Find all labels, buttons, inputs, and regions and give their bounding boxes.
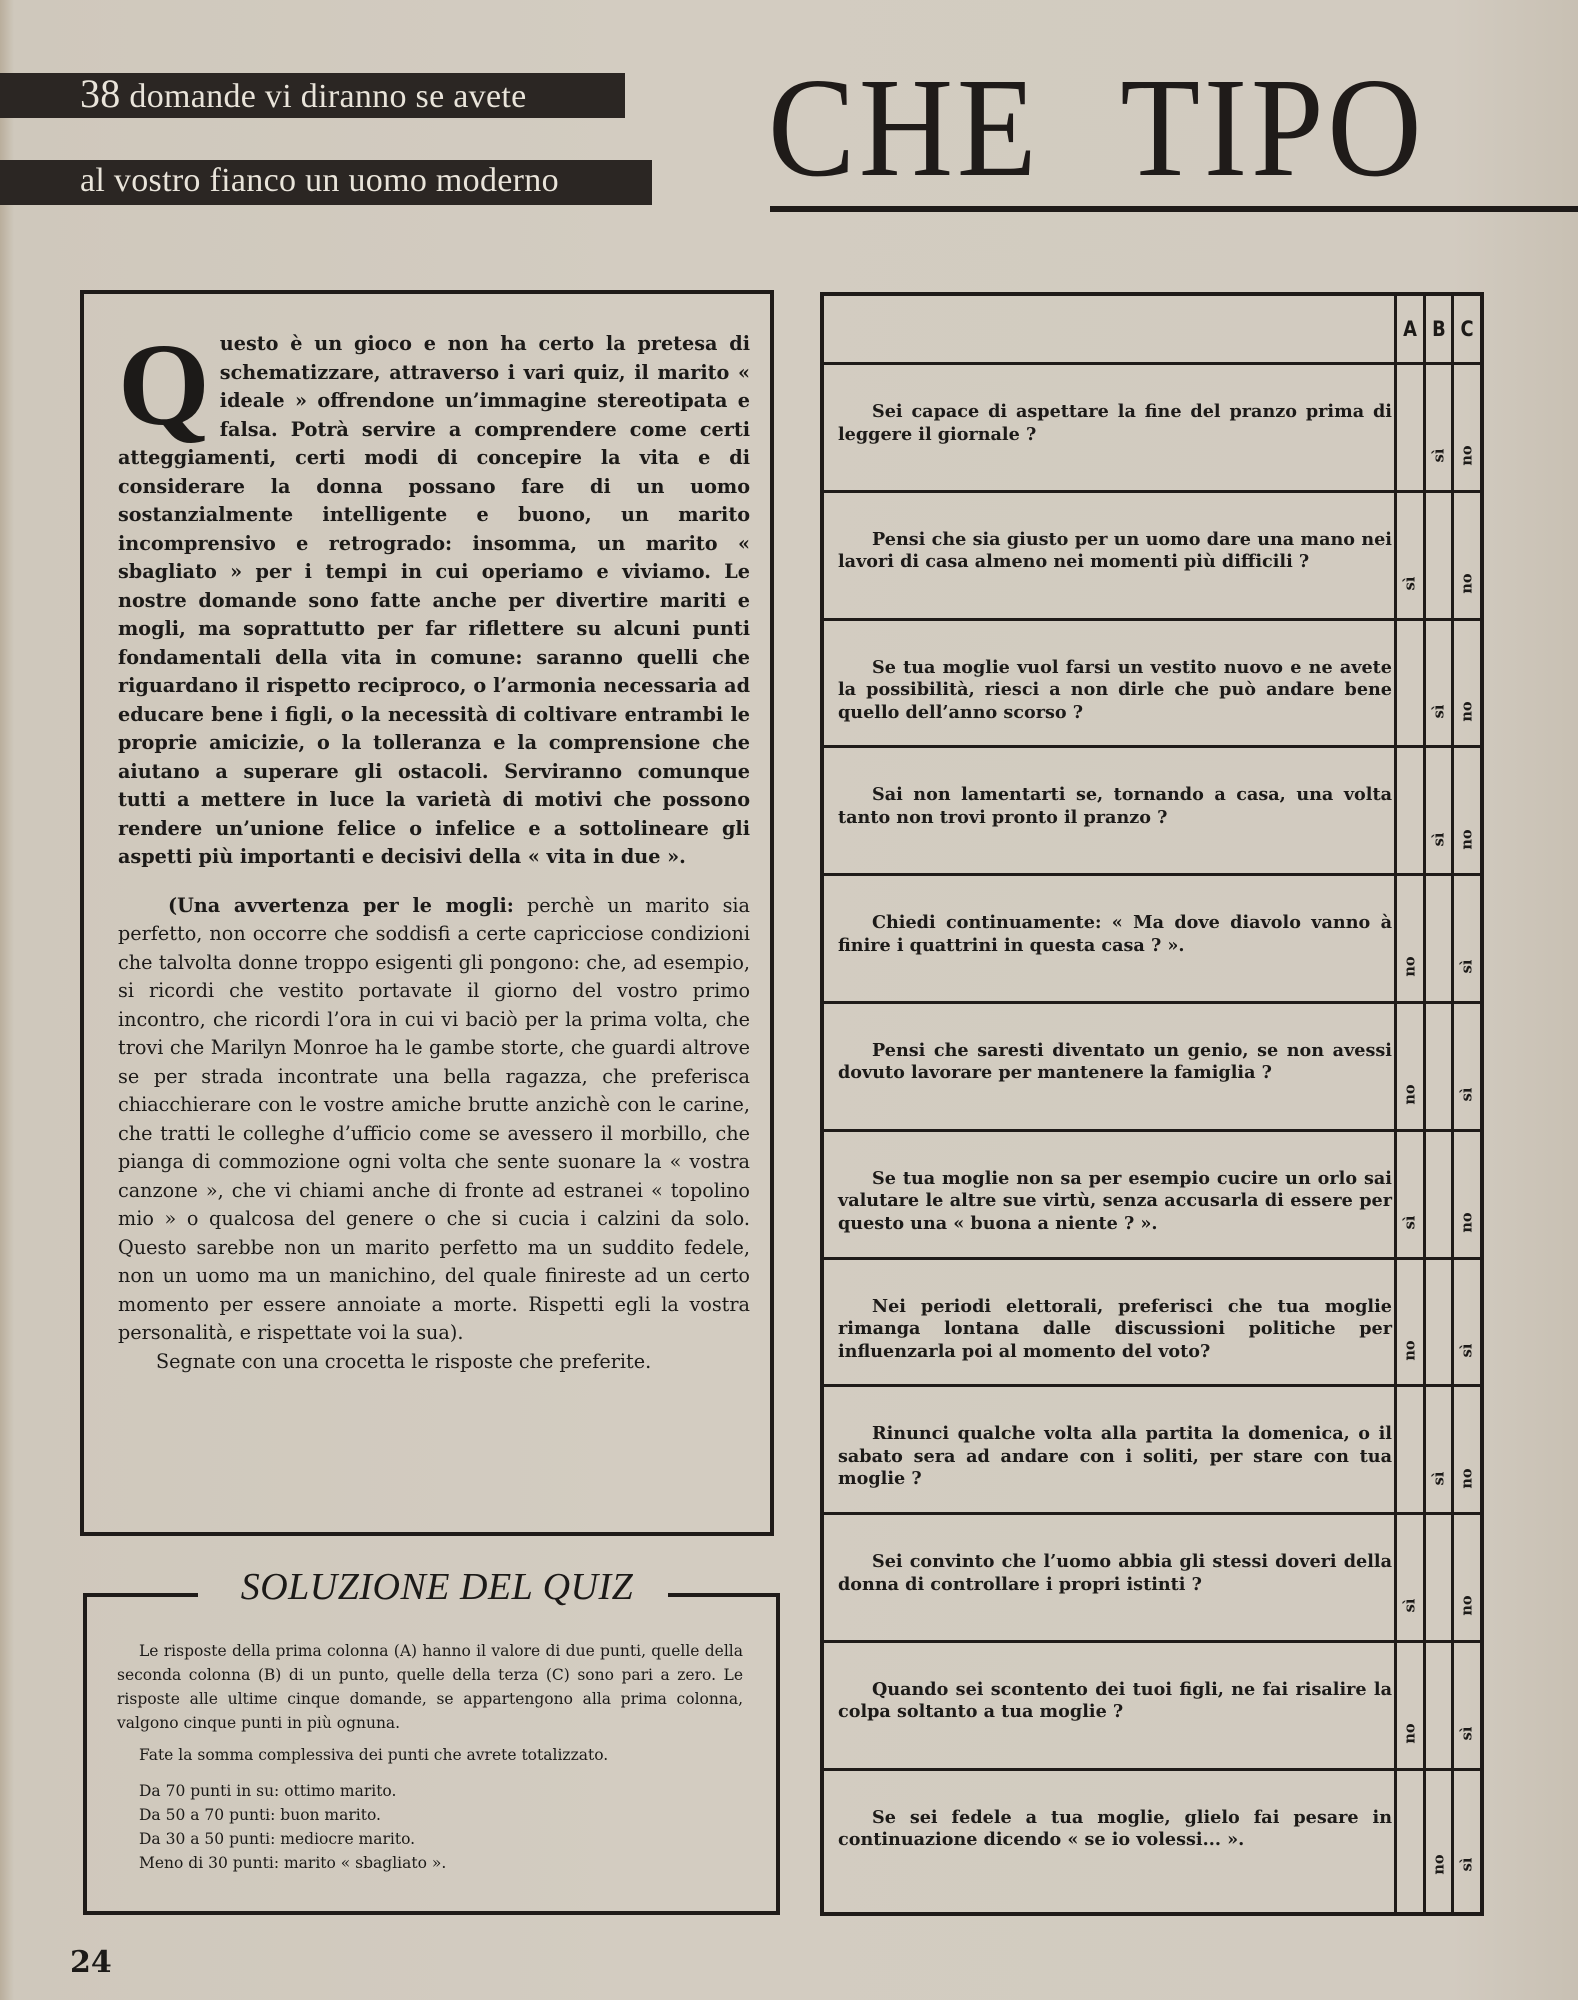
- question-text: Rinunci qualche volta alla partita la do…: [838, 1423, 1392, 1491]
- answer-cell-a[interactable]: sì: [1396, 564, 1424, 604]
- answer-cell-a[interactable]: no: [1396, 1714, 1424, 1754]
- warning-lead: (Una avvertenza per le mogli:: [168, 894, 514, 917]
- answer-label: no: [1459, 1596, 1476, 1616]
- answer-label: sì: [1430, 1471, 1447, 1485]
- quiz-question-row: Se tua moglie non sa per esempio cucire …: [824, 1132, 1480, 1260]
- column-header-b: B: [1427, 296, 1451, 362]
- answer-cell-a[interactable]: no: [1396, 947, 1424, 987]
- subtitle-banner-line-1: 38 domande vi diranno se avete: [0, 73, 625, 118]
- solution-box: SOLUZIONE DEL QUIZ Le risposte della pri…: [83, 1597, 780, 1915]
- intro-paragraph-2-text: perchè un marito sia perfetto, non occor…: [118, 894, 750, 1345]
- quiz-question-row: Sai non lamentarti se, tornando a casa, …: [824, 748, 1480, 876]
- answer-cell-a[interactable]: sì: [1396, 1203, 1424, 1243]
- answer-label: no: [1459, 701, 1476, 721]
- question-count: 38: [80, 71, 121, 116]
- quiz-question-row: Se tua moglie vuol farsi un vestito nuov…: [824, 621, 1480, 749]
- solution-sum-instruction: Fate la somma complessiva dei punti che …: [117, 1743, 743, 1767]
- answer-label: no: [1459, 446, 1476, 466]
- quiz-question-row: Quando sei scontento dei tuoi figli, ne …: [824, 1643, 1480, 1771]
- headline: CHE TIPO: [768, 52, 1425, 202]
- quiz-table: A B C Sei capace di aspettare la fine de…: [820, 292, 1484, 1916]
- answer-label: sì: [1458, 1088, 1475, 1102]
- page-number: 24: [70, 1946, 112, 1980]
- column-divider-c: [1451, 296, 1454, 1912]
- answer-cell-b[interactable]: [1425, 947, 1453, 987]
- question-text: Se tua moglie non sa per esempio cucire …: [838, 1168, 1392, 1236]
- answer-cell-a[interactable]: no: [1396, 1075, 1424, 1115]
- quiz-question-row: Chiedi continuamente: « Ma dove diavolo …: [824, 876, 1480, 1004]
- answer-cell-a[interactable]: [1396, 436, 1424, 476]
- answer-cell-c[interactable]: no: [1453, 564, 1481, 604]
- answer-label: sì: [1458, 1727, 1475, 1741]
- question-text: Sei capace di aspettare la fine del pran…: [838, 401, 1392, 446]
- answer-label: no: [1459, 829, 1476, 849]
- solution-title: SOLUZIONE DEL QUIZ: [227, 1565, 647, 1609]
- quiz-question-row: Sei capace di aspettare la fine del pran…: [824, 365, 1480, 493]
- score-ranges: Da 70 punti in su: ottimo marito. Da 50 …: [117, 1779, 743, 1875]
- question-text: Pensi che sia giusto per un uomo dare un…: [838, 529, 1392, 574]
- answer-cell-c[interactable]: no: [1453, 1203, 1481, 1243]
- answer-label: sì: [1458, 1344, 1475, 1358]
- answer-cell-b[interactable]: sì: [1425, 691, 1453, 731]
- answer-cell-a[interactable]: [1396, 1845, 1424, 1885]
- answer-cell-a[interactable]: [1396, 819, 1424, 859]
- answer-cell-b[interactable]: sì: [1425, 436, 1453, 476]
- answer-label: sì: [1430, 832, 1447, 846]
- answer-cell-c[interactable]: sì: [1453, 1330, 1481, 1370]
- question-text: Se tua moglie vuol farsi un vestito nuov…: [838, 657, 1392, 725]
- answer-cell-c[interactable]: sì: [1453, 947, 1481, 987]
- instruction-text: Segnate con una crocetta le risposte che…: [118, 1348, 750, 1377]
- answer-cell-c[interactable]: sì: [1453, 1075, 1481, 1115]
- answer-label: sì: [1430, 449, 1447, 463]
- answer-cell-b[interactable]: [1425, 1330, 1453, 1370]
- solution-box-top-rule-right: [668, 1593, 780, 1597]
- answer-label: no: [1402, 1724, 1419, 1744]
- answer-label: sì: [1458, 960, 1475, 974]
- answer-cell-a[interactable]: no: [1396, 1330, 1424, 1370]
- quiz-rows: Sei capace di aspettare la fine del pran…: [824, 365, 1480, 1899]
- answer-cell-a[interactable]: [1396, 1458, 1424, 1498]
- answer-cell-c[interactable]: no: [1453, 691, 1481, 731]
- answer-cell-c[interactable]: no: [1453, 1458, 1481, 1498]
- answer-cell-a[interactable]: [1396, 691, 1424, 731]
- answer-label: sì: [1401, 1599, 1418, 1613]
- column-divider-a: [1394, 296, 1397, 1912]
- quiz-question-row: Pensi che sia giusto per un uomo dare un…: [824, 493, 1480, 621]
- answer-cell-a[interactable]: sì: [1396, 1586, 1424, 1626]
- answer-label: sì: [1401, 1216, 1418, 1230]
- answer-label: sì: [1430, 705, 1447, 719]
- column-header-a: A: [1398, 296, 1422, 362]
- answer-cell-b[interactable]: no: [1425, 1845, 1453, 1885]
- answer-cell-c[interactable]: no: [1453, 1586, 1481, 1626]
- score-range-item: Da 70 punti in su: ottimo marito.: [139, 1779, 743, 1803]
- answer-cell-b[interactable]: [1425, 1075, 1453, 1115]
- answer-label: no: [1402, 957, 1419, 977]
- question-text: Nei periodi elettorali, preferisci che t…: [838, 1296, 1392, 1364]
- answer-cell-b[interactable]: sì: [1425, 1458, 1453, 1498]
- question-text: Se sei fedele a tua moglie, glielo fai p…: [838, 1807, 1392, 1852]
- question-text: Sei convinto che l’uomo abbia gli stessi…: [838, 1551, 1392, 1596]
- column-header-c: C: [1455, 296, 1479, 362]
- subtitle-line-1-text: domande vi diranno se avete: [121, 78, 527, 115]
- headline-rule: [770, 206, 1578, 212]
- answer-label: no: [1459, 1468, 1476, 1488]
- score-range-item: Da 30 a 50 punti: mediocre marito.: [139, 1827, 743, 1851]
- intro-paragraph-1: Questo è un gioco e non ha certo la pret…: [118, 330, 750, 872]
- quiz-question-row: Nei periodi elettorali, preferisci che t…: [824, 1260, 1480, 1388]
- answer-label: sì: [1401, 577, 1418, 591]
- quiz-question-row: Se sei fedele a tua moglie, glielo fai p…: [824, 1771, 1480, 1899]
- solution-body: Le risposte della prima colonna (A) hann…: [117, 1639, 743, 1875]
- answer-cell-c[interactable]: sì: [1453, 1845, 1481, 1885]
- score-range-item: Meno di 30 punti: marito « sbagliato ».: [139, 1851, 743, 1875]
- answer-label: no: [1459, 1212, 1476, 1232]
- quiz-table-header: A B C: [824, 296, 1480, 365]
- subtitle-banner-line-2: al vostro fianco un uomo moderno: [0, 160, 652, 205]
- dropcap: Q: [118, 336, 210, 430]
- answer-cell-b[interactable]: [1425, 1203, 1453, 1243]
- quiz-question-row: Sei convinto che l’uomo abbia gli stessi…: [824, 1515, 1480, 1643]
- quiz-question-row: Rinunci qualche volta alla partita la do…: [824, 1387, 1480, 1515]
- answer-label: no: [1459, 573, 1476, 593]
- solution-box-top-rule-left: [83, 1593, 198, 1597]
- question-text: Pensi che saresti diventato un genio, se…: [838, 1040, 1392, 1085]
- answer-label: no: [1431, 1854, 1448, 1874]
- answer-cell-b[interactable]: [1425, 1714, 1453, 1754]
- question-text: Chiedi continuamente: « Ma dove diavolo …: [838, 912, 1392, 957]
- intro-paragraph-2: (Una avvertenza per le mogli: perchè un …: [118, 892, 750, 1348]
- answer-cell-b[interactable]: [1425, 1586, 1453, 1626]
- answer-label: sì: [1458, 1858, 1475, 1872]
- answer-cell-c[interactable]: no: [1453, 436, 1481, 476]
- answer-cell-b[interactable]: [1425, 564, 1453, 604]
- answer-cell-b[interactable]: sì: [1425, 819, 1453, 859]
- answer-cell-c[interactable]: sì: [1453, 1714, 1481, 1754]
- solution-scoring-rules: Le risposte della prima colonna (A) hann…: [117, 1639, 743, 1735]
- answer-label: no: [1402, 1085, 1419, 1105]
- question-text: Sai non lamentarti se, tornando a casa, …: [838, 784, 1392, 829]
- answer-label: no: [1402, 1340, 1419, 1360]
- intro-box: Questo è un gioco e non ha certo la pret…: [80, 290, 774, 1536]
- quiz-question-row: Pensi che saresti diventato un genio, se…: [824, 1004, 1480, 1132]
- column-divider-b: [1423, 296, 1426, 1912]
- intro-text: Questo è un gioco e non ha certo la pret…: [118, 330, 750, 1376]
- score-range-item: Da 50 a 70 punti: buon marito.: [139, 1803, 743, 1827]
- answer-cell-c[interactable]: no: [1453, 819, 1481, 859]
- intro-paragraph-1-text: uesto è un gioco e non ha certo la prete…: [118, 332, 750, 868]
- question-text: Quando sei scontento dei tuoi figli, ne …: [838, 1679, 1392, 1724]
